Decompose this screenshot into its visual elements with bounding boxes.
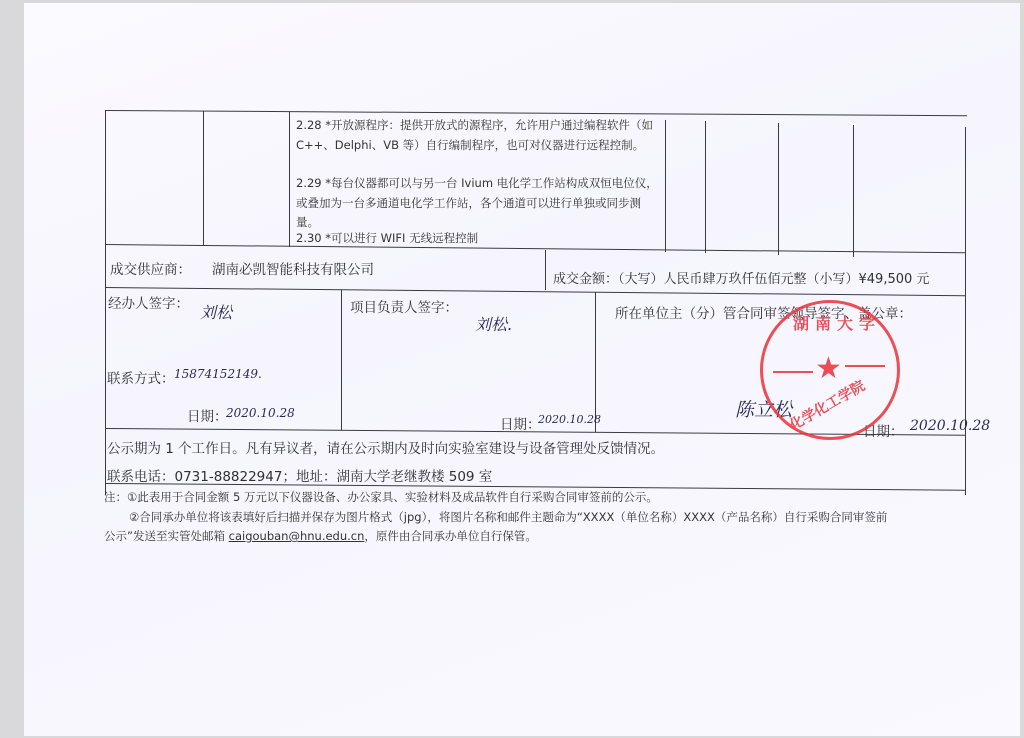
col-divider bbox=[595, 292, 596, 432]
project-lead-label: 项目负责人签字： bbox=[350, 296, 458, 316]
col-divider bbox=[705, 121, 706, 253]
deal-amount: 成交金额：（大写）人民币肆万玖仟伍佰元整（小写）¥49,500 元 bbox=[553, 268, 929, 287]
seal-bar bbox=[845, 365, 885, 367]
project-lead-signature: 刘松. bbox=[475, 312, 512, 335]
handler-contact-label: 联系方式： bbox=[107, 367, 175, 387]
seal-bar bbox=[773, 371, 813, 373]
contact-line: 联系电话：0731-88822947；地址：湖南大学老继教楼 509 室 bbox=[107, 465, 492, 485]
project-lead-date-value: 2020.10.28 bbox=[538, 413, 601, 426]
handler-date-label: 日期： bbox=[187, 405, 228, 425]
notice-text: 公示期为 1 个工作日。凡有异议者，请在公示期内及时向实验室建设与设备管理处反馈… bbox=[107, 437, 664, 457]
email-link[interactable]: caigouban@hnu.edu.cn bbox=[229, 529, 365, 543]
star-icon: ★ bbox=[815, 351, 842, 386]
col-divider bbox=[853, 125, 854, 257]
supplier-label: 成交供应商： bbox=[110, 258, 191, 278]
project-lead-date-label: 日期： bbox=[500, 413, 541, 433]
table-border-right bbox=[965, 127, 966, 495]
note-1: 注：①此表用于合同金额 5 万元以下仪器设备、办公家具、实验材料及成品软件自行采… bbox=[104, 489, 658, 505]
note-3-prefix: 公示”发送至实管处邮箱 bbox=[104, 529, 229, 543]
table-border-left bbox=[105, 110, 106, 495]
seal-top-text: 湖南大学 bbox=[793, 311, 881, 334]
unit-leader-date-value: 2020.10.28 bbox=[910, 418, 990, 434]
official-seal: 湖南大学 ★ 化学化工学院 bbox=[760, 300, 900, 440]
spec-item-2-30: 2.30 *可以进行 WIFI 无线远程控制 bbox=[296, 229, 662, 249]
handler-label: 经办人签字： bbox=[108, 292, 189, 312]
handler-contact-value: 15874152149. bbox=[174, 367, 262, 381]
col-divider bbox=[203, 111, 204, 245]
supplier-name: 湖南必凯智能科技有限公司 bbox=[212, 258, 374, 278]
col-divider bbox=[289, 112, 290, 247]
col-divider bbox=[665, 120, 666, 252]
handler-date-value: 2020.10.28 bbox=[226, 406, 295, 420]
spec-item-2-28: 2.28 *开放源程序：提供开放式的源程序，允许用户通过编程软件（如 C++、D… bbox=[296, 116, 662, 155]
note-3: 公示”发送至实管处邮箱 caigouban@hnu.edu.cn，原件由合同承办… bbox=[104, 528, 537, 544]
note-3-suffix: ，原件由合同承办单位自行保管。 bbox=[364, 529, 537, 543]
handler-signature: 刘松 bbox=[200, 300, 232, 323]
col-divider bbox=[341, 290, 342, 430]
col-divider bbox=[778, 123, 779, 255]
spec-item-2-29: 2.29 *每台仪器都可以与另一台 Ivium 电化学工作站构成双恒电位仪，或叠… bbox=[296, 174, 662, 233]
note-2: ②合同承办单位将该表填好后扫描并保存为图片格式（jpg），将图片名称和邮件主题命… bbox=[129, 509, 887, 525]
col-divider bbox=[545, 250, 546, 290]
